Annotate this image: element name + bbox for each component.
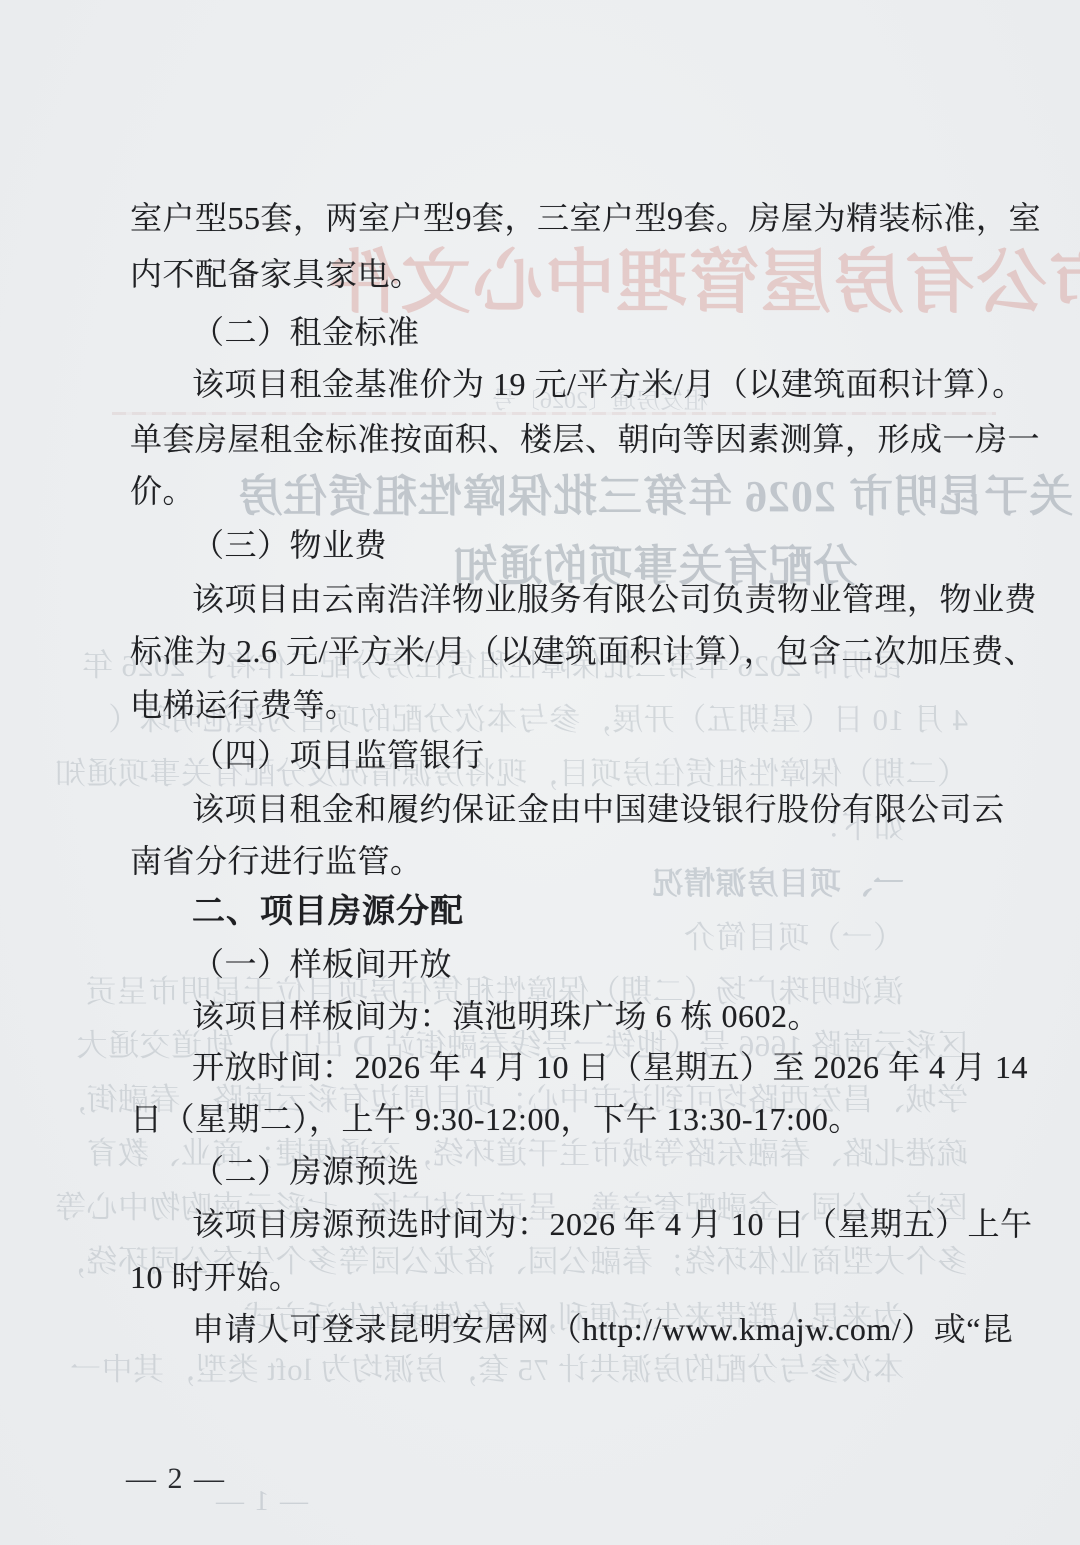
section-heading: （二）房源预选	[130, 1153, 1032, 1191]
bleedthrough-line: 本次参与分配的房源共计 75 套，房源均为 loft 类型，其中一	[112, 1344, 968, 1389]
section-heading: （三）物业费	[130, 527, 1032, 565]
section-heading: （二）租金标准	[130, 314, 1032, 352]
body-line: 开放时间：2026 年 4 月 10 日（星期五）至 2026 年 4 月 14	[130, 1049, 1032, 1087]
body-line: 标准为 2.6 元/平方米/月（以建筑面积计算），包含二次加压费、	[130, 633, 970, 671]
body-line: 该项目房源预选时间为：2026 年 4 月 10 日（星期五）上午	[130, 1206, 1032, 1244]
body-line: 10 时开始。	[130, 1259, 970, 1297]
body-line: 日（星期二），上午 9:30-12:00，下午 13:30-17:00。	[130, 1101, 970, 1139]
body-line: 南省分行进行监管。	[130, 843, 970, 881]
body-line: 该项目样板间为：滇池明珠广场 6 栋 0602。	[130, 998, 1032, 1036]
body-line: 该项目租金和履约保证金由中国建设银行股份有限公司云	[130, 791, 1032, 829]
bleedthrough-red-rule	[112, 412, 996, 415]
body-line: 内不配备家具家电。	[130, 256, 970, 294]
body-line: 室户型55套，两室户型9套，三室户型9套。房屋为精装标准，室	[130, 200, 970, 238]
body-line: 该项目租金基准价为 19 元/平方米/月（以建筑面积计算）。	[130, 366, 1032, 404]
body-line: 价。	[130, 473, 970, 511]
section-heading: （一）样板间开放	[130, 946, 1032, 984]
section-heading: （四）项目监管银行	[130, 737, 1032, 775]
document-page: 昆明市公有房屋管理中心文件 租发房通〔2026〕号 关于昆明市 2026 年第三…	[0, 0, 1080, 1545]
chapter-heading: 二、项目房源分配	[130, 893, 1032, 932]
page-number: — 2 —	[126, 1462, 226, 1496]
body-line: 单套房屋租金标准按面积、楼层、朝向等因素测算，形成一房一	[130, 421, 970, 459]
body-line: 申请人可登录昆明安居网（http://www.kmajw.com/）或“昆	[130, 1311, 1032, 1349]
body-line: 该项目由云南浩洋物业服务有限公司负责物业管理，物业费	[130, 581, 1032, 619]
body-line: 电梯运行费等。	[130, 687, 970, 725]
